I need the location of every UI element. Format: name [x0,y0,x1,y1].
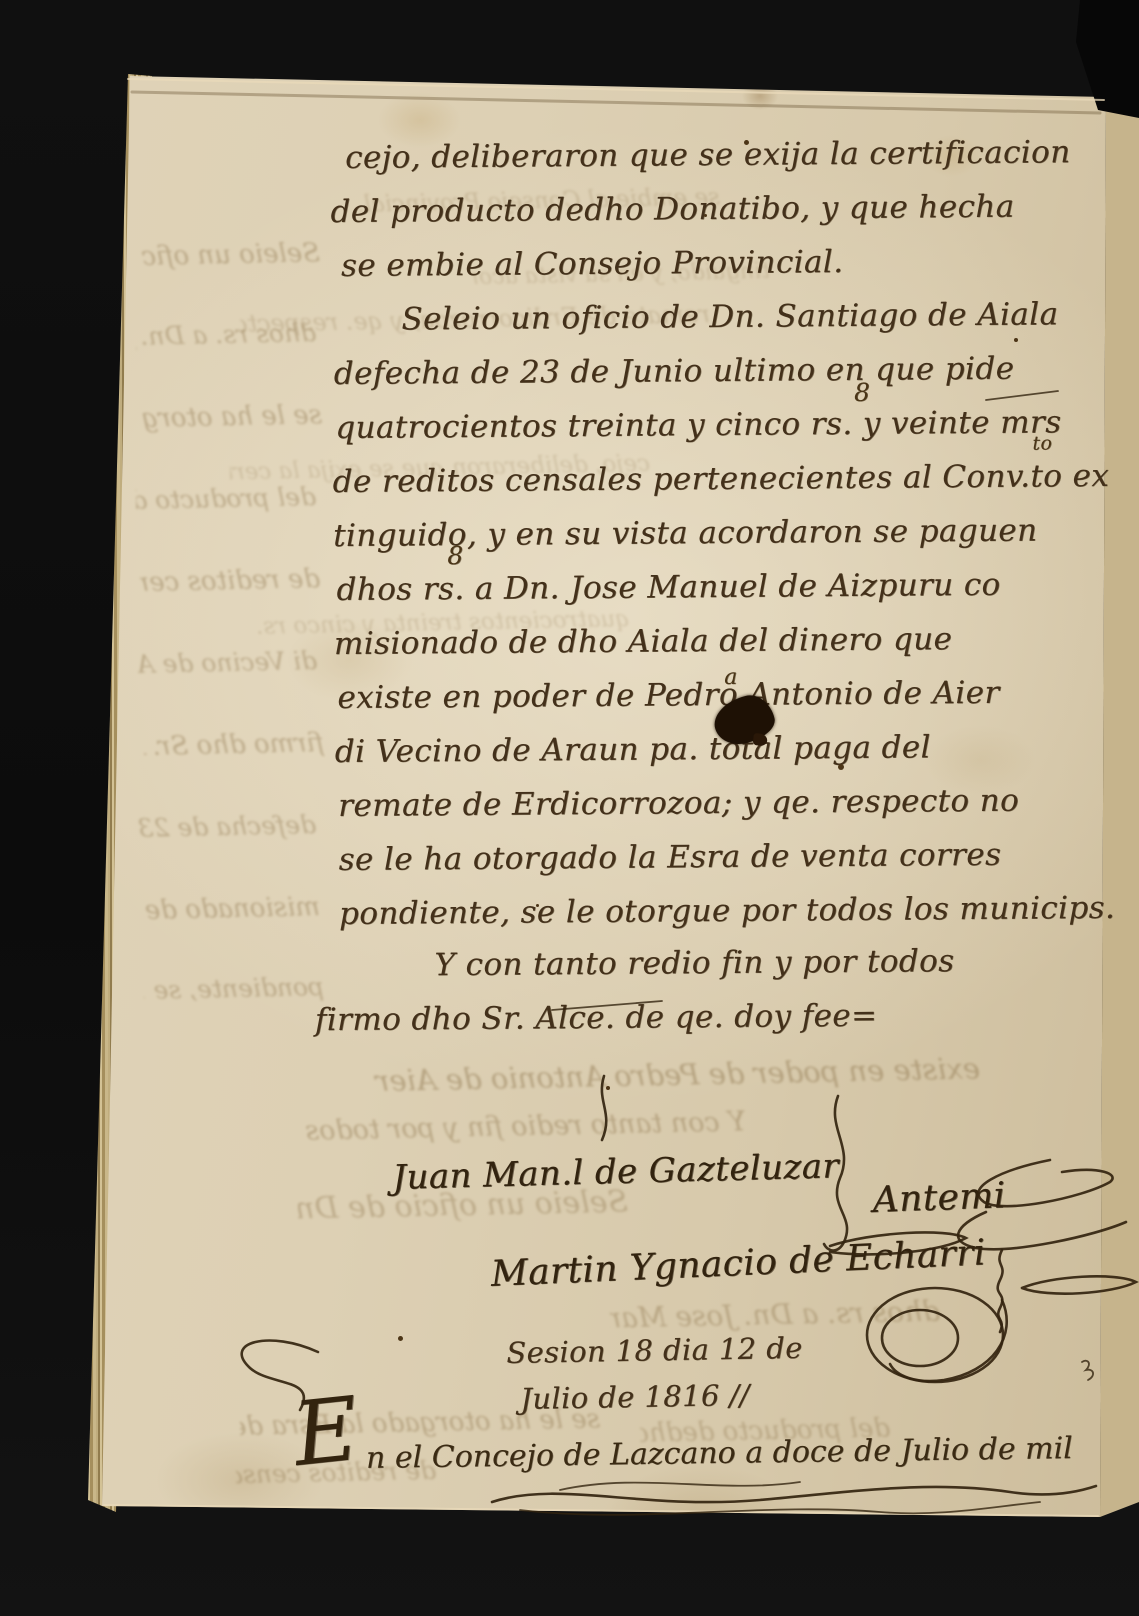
antemi-flourish-upper [978,1160,1112,1206]
seam-mark [1082,1361,1093,1380]
photo-scene: Seleio un oficio de Dn. Santiago de Aial… [0,0,1139,1616]
echarri-rubric-inner [882,1310,958,1366]
overline-mrs [986,391,1058,400]
page-top-crease [132,92,1100,113]
echarri-rubric-outer [867,1288,1003,1382]
antemi-flourish-mid [958,1212,1126,1249]
closing-e-swash [242,1341,318,1410]
gazteluzar-rubric [824,1096,847,1251]
closing-underline-1 [492,1486,1096,1502]
page-top-edge-line [128,79,1104,100]
closing-underline-3 [560,1482,800,1490]
pen-flourishes [0,0,1139,1616]
antemi-flourish-lower [1022,1276,1136,1293]
overline-alcalde [552,1001,662,1010]
antemi-flourish-leaf [830,1232,966,1254]
ascender-flourish [602,1076,606,1140]
